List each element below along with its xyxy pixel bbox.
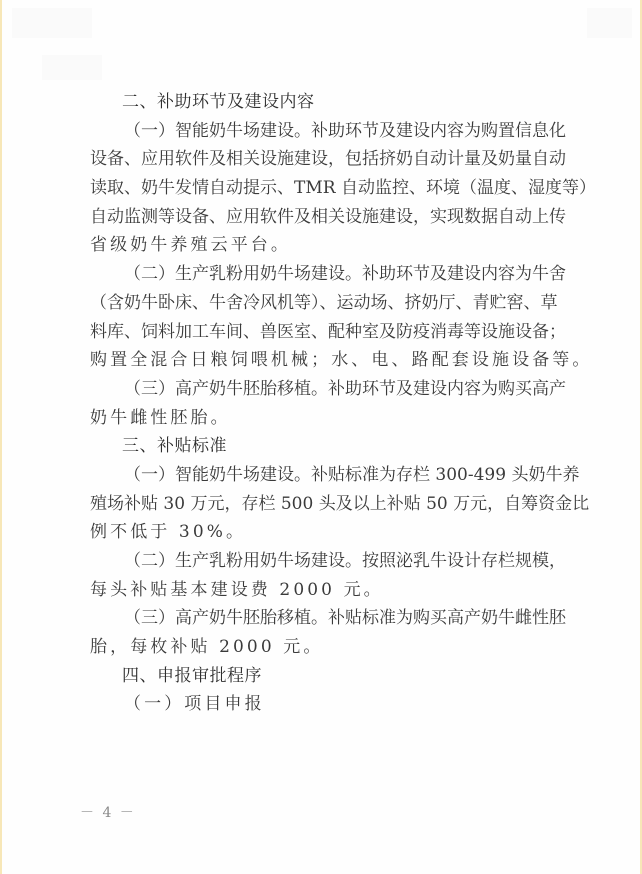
paragraph-line: 省级奶牛养殖云平台。 bbox=[90, 231, 560, 260]
paragraph-line: 胎，每枚补贴 2000 元。 bbox=[90, 633, 560, 662]
paragraph-line: 例不低于 30%。 bbox=[90, 518, 560, 547]
bleed-through-mark bbox=[12, 8, 92, 38]
paragraph-line: 自动监测等设备、应用软件及相关设施建设，实现数据自动上传 bbox=[90, 203, 555, 232]
paragraph-line: 每头补贴基本建设费 2000 元。 bbox=[90, 576, 560, 605]
paragraph-line: （一）智能奶牛场建设。补助环节及建设内容为购置信息化 bbox=[90, 117, 555, 146]
paragraph-line: （一）项目申报 bbox=[90, 690, 560, 719]
paragraph-line: （一）智能奶牛场建设。补贴标准为存栏 300-499 头奶牛养 bbox=[90, 461, 555, 490]
paragraph-line: （三）高产奶牛胚胎移植。补贴标准为购买高产奶牛雌性胚 bbox=[90, 604, 555, 633]
bleed-through-mark bbox=[42, 55, 102, 80]
paragraph-line: 殖场补贴 30 万元，存栏 500 头及以上补贴 50 万元，自筹资金比 bbox=[90, 490, 555, 519]
section-heading: 三、补贴标准 bbox=[90, 432, 560, 461]
paragraph-line: 读取、奶牛发情自动提示、TMR 自动监控、环境（温度、湿度等） bbox=[90, 174, 555, 203]
paragraph-line: 料库、饲料加工车间、兽医室、配种室及防疫消毒等设施设备； bbox=[90, 318, 555, 347]
section-heading: 二、补助环节及建设内容 bbox=[90, 88, 560, 117]
paragraph-line: 设备、应用软件及相关设施建设，包括挤奶自动计量及奶量自动 bbox=[90, 145, 555, 174]
document-body: 二、补助环节及建设内容 （一）智能奶牛场建设。补助环节及建设内容为购置信息化 设… bbox=[90, 88, 560, 719]
bleed-through-mark bbox=[587, 8, 632, 38]
paragraph-line: （三）高产奶牛胚胎移植。补助环节及建设内容为购买高产 bbox=[90, 375, 555, 404]
paragraph-line: （二）生产乳粉用奶牛场建设。补助环节及建设内容为牛舍 bbox=[90, 260, 555, 289]
paragraph-line: 奶牛雌性胚胎。 bbox=[90, 404, 560, 433]
paragraph-line: （含奶牛卧床、牛舍冷风机等）、运动场、挤奶厅、青贮窖、草 bbox=[90, 289, 555, 318]
section-heading: 四、申报审批程序 bbox=[90, 662, 560, 691]
paragraph-line: 购置全混合日粮饲喂机械；水、电、路配套设施设备等。 bbox=[90, 346, 560, 375]
paragraph-line: （二）生产乳粉用奶牛场建设。按照泌乳牛设计存栏规模， bbox=[90, 547, 555, 576]
page-number: － 4 － bbox=[80, 802, 136, 822]
document-page: 二、补助环节及建设内容 （一）智能奶牛场建设。补助环节及建设内容为购置信息化 设… bbox=[0, 0, 642, 874]
